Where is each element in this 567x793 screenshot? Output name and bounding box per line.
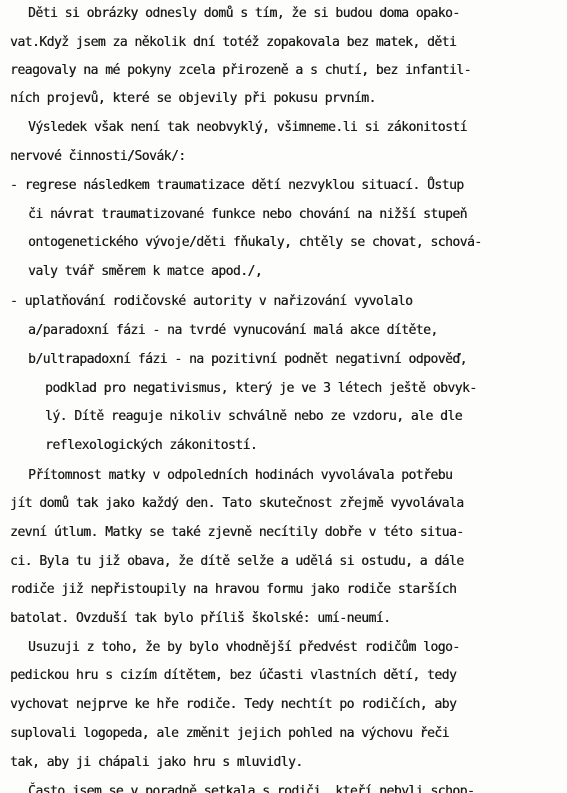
text-line: Často jsem se v poradně setkala s rodiči… [28, 784, 474, 793]
text-line: ontogenetického vývoje/děti fňukaly, cht… [28, 235, 482, 251]
text-line: tak, aby ji chápali jako hru s mluvidly. [10, 755, 303, 771]
text-line: či návrat traumatizované funkce nebo cho… [28, 207, 467, 223]
text-line: ních projevů, které se objevily při poku… [10, 91, 376, 107]
text-line: nervové činnosti/Sovák/: [10, 149, 186, 165]
text-line: Přítomnost matky v odpoledních hodinách … [28, 468, 452, 484]
text-line: batolat. Ovzduší tak bylo příliš školské… [10, 611, 390, 627]
text-line: Děti si obrázky odnesly domů s tím, že s… [28, 6, 460, 22]
text-line: vat.Když jsem za několik dní totéž zopak… [10, 35, 456, 51]
text-line: - uplatňování rodičovské autority v naři… [10, 294, 412, 310]
text-line: b/ultrapadoxní fázi - na pozitivní podně… [28, 352, 467, 368]
text-line: pedickou hru s cizím dítětem, bez účasti… [10, 668, 456, 684]
text-line: podklad pro negativismus, který je ve 3 … [45, 381, 477, 397]
text-line: zevní útlum. Matky se také zjevně necíti… [10, 525, 464, 541]
text-line: a/paradoxní fázi - na tvrdé vynucování m… [28, 323, 438, 339]
text-line: rodiče již nepřistoupily na hravou formu… [10, 582, 456, 598]
text-line: - regrese následkem traumatizace dětí ne… [10, 178, 464, 194]
text-line: lý. Dítě reaguje nikoliv schválně nebo z… [45, 409, 462, 425]
text-line: jít domů tak jako každý den. Tato skuteč… [10, 496, 464, 512]
text-line: Výsledek však není tak neobvyklý, všimne… [28, 120, 467, 136]
text-line: ci. Byla tu již obava, že dítě selže a u… [10, 554, 464, 570]
text-line: reflexologických zákonitostí. [45, 438, 257, 454]
text-line: suplovali logopeda, ale změnit jejich po… [10, 726, 449, 742]
text-line: valy tvář směrem k matce apod./, [28, 264, 262, 280]
text-line: vychovat nejprve ke hře rodiče. Tedy nec… [10, 697, 456, 713]
typewritten-page: Děti si obrázky odnesly domů s tím, že s… [0, 0, 567, 793]
text-line: reagovaly na mé pokyny zcela přirozeně a… [10, 63, 471, 79]
text-line: Usuzuji z toho, že by bylo vhodnější pře… [28, 640, 460, 656]
